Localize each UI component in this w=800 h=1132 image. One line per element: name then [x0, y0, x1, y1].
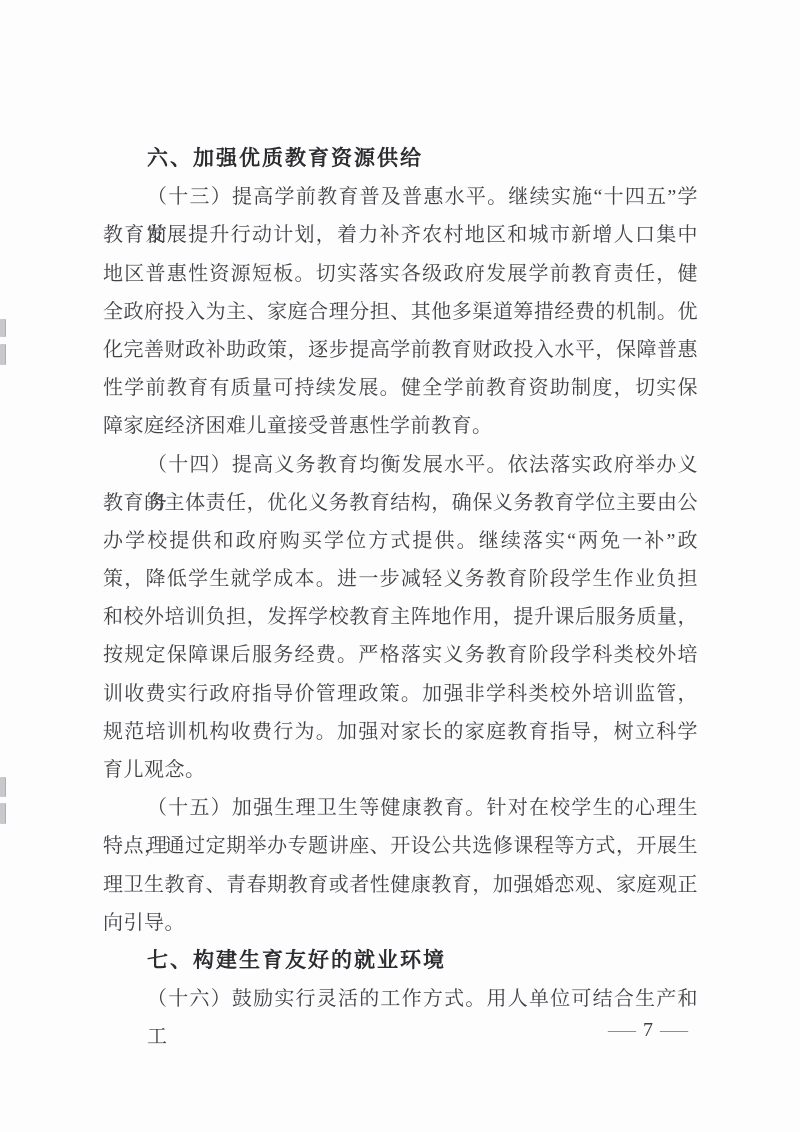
para-15-line-2: 特点，通过定期举办专题讲座、开设公共选修课程等方式，开展生 — [103, 827, 698, 865]
scan-artifact-mark — [0, 803, 6, 824]
footer-page-number: 7 — [643, 1019, 653, 1042]
para-14-line-6: 按规定保障课后服务经费。严格落实义务教育阶段学科类校外培 — [103, 636, 698, 674]
scan-artifact-mark — [0, 777, 6, 797]
scan-artifact-mark — [0, 344, 6, 365]
page-number-footer: — 7 — — [612, 1019, 684, 1042]
para-13-line-7: 障家庭经济困难儿童接受普惠性学前教育。 — [103, 407, 698, 445]
para-14-line-8: 规范培训机构收费行为。加强对家长的家庭教育指导，树立科学 — [103, 713, 698, 751]
para-15-line-3: 理卫生教育、青春期教育或者性健康教育，加强婚恋观、家庭观正 — [103, 866, 698, 904]
para-14-line-2: 教育的主体责任，优化义务教育结构，确保义务教育学位主要由公 — [103, 484, 698, 522]
section-heading-7: 七、构建生育友好的就业环境 — [103, 942, 698, 980]
para-14-line-5: 和校外培训负担，发挥学校教育主阵地作用，提升课后服务质量， — [103, 598, 698, 636]
para-13-line-1: （十三）提高学前教育普及普惠水平。继续实施“十四五”学前 — [103, 178, 698, 216]
para-13-line-6: 性学前教育有质量可持续发展。健全学前教育资助制度，切实保 — [103, 369, 698, 407]
para-13-line-3: 地区普惠性资源短板。切实落实各级政府发展学前教育责任，健 — [103, 255, 698, 293]
section-heading-6: 六、加强优质教育资源供给 — [103, 140, 698, 178]
para-13-line-4: 全政府投入为主、家庭合理分担、其他多渠道筹措经费的机制。优 — [103, 293, 698, 331]
para-13-line-2: 教育发展提升行动计划，着力补齐农村地区和城市新增人口集中 — [103, 216, 698, 254]
para-16-line-1: （十六）鼓励实行灵活的工作方式。用人单位可结合生产和工 — [103, 980, 698, 1018]
scan-artifact-mark — [0, 319, 6, 337]
para-14-line-7: 训收费实行政府指导价管理政策。加强非学科类校外培训监管， — [103, 675, 698, 713]
footer-dash-left: — — [608, 1019, 636, 1042]
para-14-line-3: 办学校提供和政府购买学位方式提供。继续落实“两免一补”政 — [103, 522, 698, 560]
para-14-line-4: 策，降低学生就学成本。进一步减轻义务教育阶段学生作业负担 — [103, 560, 698, 598]
para-14-line-9: 育儿观念。 — [103, 751, 698, 789]
document-body: 六、加强优质教育资源供给 （十三）提高学前教育普及普惠水平。继续实施“十四五”学… — [103, 140, 698, 1018]
para-15-line-4: 向引导。 — [103, 904, 698, 942]
document-page: 六、加强优质教育资源供给 （十三）提高学前教育普及普惠水平。继续实施“十四五”学… — [0, 0, 800, 1132]
para-15-line-1: （十五）加强生理卫生等健康教育。针对在校学生的心理生理 — [103, 789, 698, 827]
footer-dash-right: — — [660, 1019, 688, 1042]
para-13-line-5: 化完善财政补助政策，逐步提高学前教育财政投入水平，保障普惠 — [103, 331, 698, 369]
para-14-line-1: （十四）提高义务教育均衡发展水平。依法落实政府举办义务 — [103, 446, 698, 484]
